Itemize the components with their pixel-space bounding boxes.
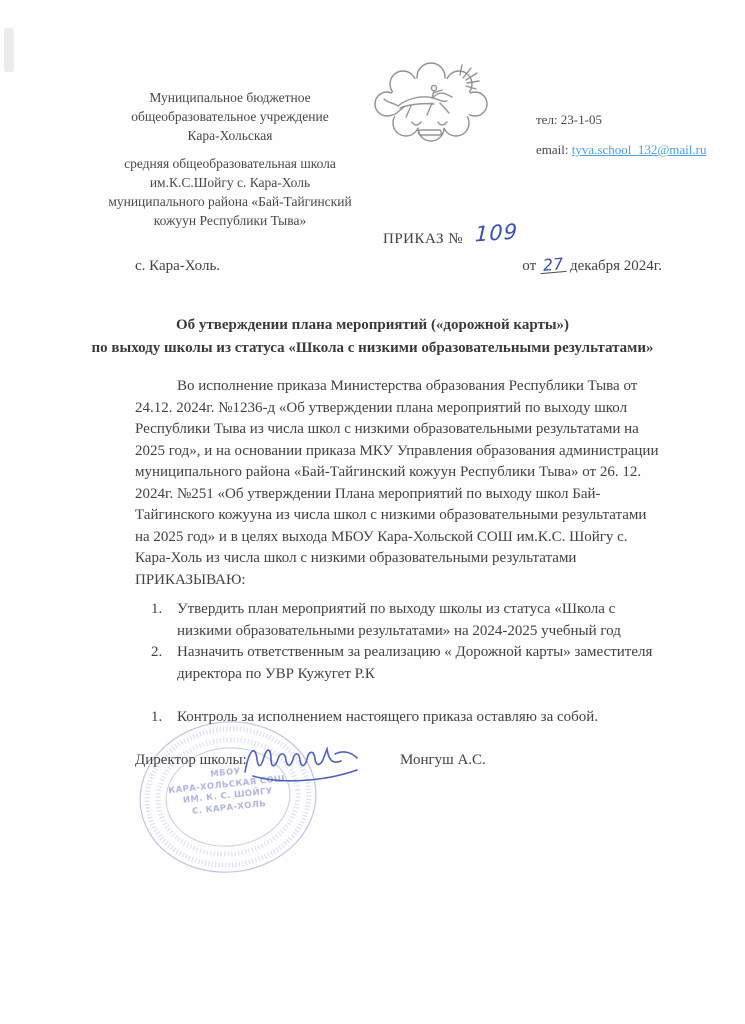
scan-artifact [4,28,14,72]
order-title-line: ПРИКАЗ № 109 [383,224,518,248]
list-item-text: Контроль за исполнением настоящего прика… [177,707,663,729]
scanned-order-document: Муниципальное бюджетное общеобразователь… [0,0,745,1024]
date-day-handwritten: 27 [539,257,567,274]
phone-line: тел: 23-1-05 [536,112,706,128]
order-number-handwritten: 109 [475,219,519,246]
list-item-text: Утвердить план мероприятий по выходу шко… [177,599,663,642]
order-body: Во исполнение приказа Министерства образ… [135,376,663,729]
contact-info: тел: 23-1-05 email: tyva.school_132@mail… [536,112,706,158]
order-subject: Об утверждении плана мероприятий («дорож… [40,314,705,360]
list-item-number: 2. [151,642,177,685]
organization-name-top: Муниципальное бюджетное общеобразователь… [92,88,368,145]
email-link[interactable]: tyva.school_132@mail.ru [572,142,707,157]
list-item: 1. Утвердить план мероприятий по выходу … [151,599,663,642]
org-line: им.К.С.Шойгу с. Кара-Холь [92,173,368,192]
email-line: email: tyva.school_132@mail.ru [536,142,706,158]
org-line: Муниципальное бюджетное [92,88,368,107]
signature-block: Директор школы: Монгуш А.С. [135,746,663,786]
order-label: ПРИКАЗ № [383,231,463,247]
org-line: общеобразовательное учреждение [92,107,368,126]
subject-line-1: Об утверждении плана мероприятий («дорож… [40,314,705,337]
list-item-number: 1. [151,707,177,729]
place-date-line: с. Кара-Холь. от 27 декабря 2024г. [135,258,662,275]
date-label: от 27 декабря 2024г. [522,258,662,275]
director-name: Монгуш А.С. [400,752,486,769]
date-rest: декабря 2024г. [570,258,662,274]
organization-name-bottom: средняя общеобразовательная школа им.К.С… [92,154,368,230]
place-label: с. Кара-Холь. [135,258,220,275]
control-item: 1. Контроль за исполнением настоящего пр… [151,707,663,729]
director-signature-handwritten [239,732,379,788]
decree-word: ПРИКАЗЫВАЮ: [135,570,663,592]
subject-line-2: по выходу школы из статуса «Школа с низк… [40,337,705,360]
org-line: муниципального района «Бай-Тайгинский [92,192,368,211]
organization-header: Муниципальное бюджетное общеобразователь… [92,88,368,230]
stamp-line: С. КАРА-ХОЛЬ [137,793,321,824]
director-label: Директор школы: [135,752,247,769]
tyva-horse-rider-emblem-icon [370,62,492,146]
order-items: 1. Утвердить план мероприятий по выходу … [135,599,663,729]
list-item-text: Назначить ответственным за реализацию « … [177,642,663,685]
preamble-paragraph: Во исполнение приказа Министерства образ… [135,376,663,570]
list-item: 2. Назначить ответственным за реализацию… [151,642,663,685]
org-line: средняя общеобразовательная школа [92,154,368,173]
email-label: email: [536,142,569,157]
org-line: Кара-Хольская [92,126,368,145]
list-item-number: 1. [151,599,177,642]
org-line: кожуун Республики Тыва» [92,211,368,230]
date-prefix: от [522,258,536,274]
